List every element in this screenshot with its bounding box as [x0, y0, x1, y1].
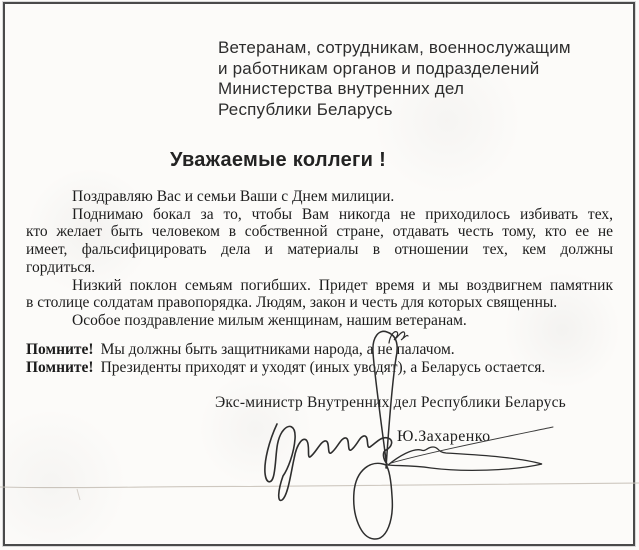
signature-name: Ю.Захаренко: [397, 428, 490, 446]
letter-title: Уважаемые коллеги !: [170, 149, 386, 172]
body-line: Поздравляю Вас и семьи Ваши с Днем милиц…: [26, 188, 613, 206]
reminder-label: Помните!: [26, 341, 94, 358]
reminder-line: Помните!Мы должны быть защитниками народ…: [26, 341, 613, 359]
body-line: Особое поздравление милым женщинам, наши…: [26, 312, 613, 330]
body-line: Низкий поклон семьям погибших. Придет вр…: [26, 277, 613, 295]
address-line: Ветеранам, сотрудникам, военнослужащим: [218, 38, 571, 59]
reminder-text: Президенты приходят и уходят (иных уводя…: [101, 359, 546, 376]
reminder-label: Помните!: [26, 359, 94, 376]
body-line: Поднимаю бокал за то, чтобы Вам никогда …: [26, 206, 613, 224]
body-line: в столице солдатам правопорядка. Людям, …: [26, 294, 613, 312]
reminder-line: Помните!Президенты приходят и уходят (ин…: [26, 359, 613, 377]
address-line: и работникам органов и подразделений: [218, 59, 571, 80]
letter-page: Ветеранам, сотрудникам, военнослужащим и…: [0, 0, 639, 550]
body-line: имеет, фальсифицировать дела и материалы…: [26, 241, 613, 259]
reminder-text: Мы должны быть защитниками народа, а не …: [101, 341, 455, 358]
address-line: Республики Беларусь: [218, 100, 571, 121]
signoff-line: Экс-министр Внутренних дел Республики Бе…: [215, 394, 566, 412]
reminder-block: Помните!Мы должны быть защитниками народ…: [26, 341, 613, 377]
address-block: Ветеранам, сотрудникам, военнослужащим и…: [218, 38, 571, 121]
body-line: кто желает быть человеком в собственной …: [26, 223, 613, 241]
address-line: Министерства внутренних дел: [218, 79, 571, 100]
letter-body: Поздравляю Вас и семьи Ваши с Днем милиц…: [26, 188, 613, 330]
body-line: гордиться.: [26, 259, 613, 277]
